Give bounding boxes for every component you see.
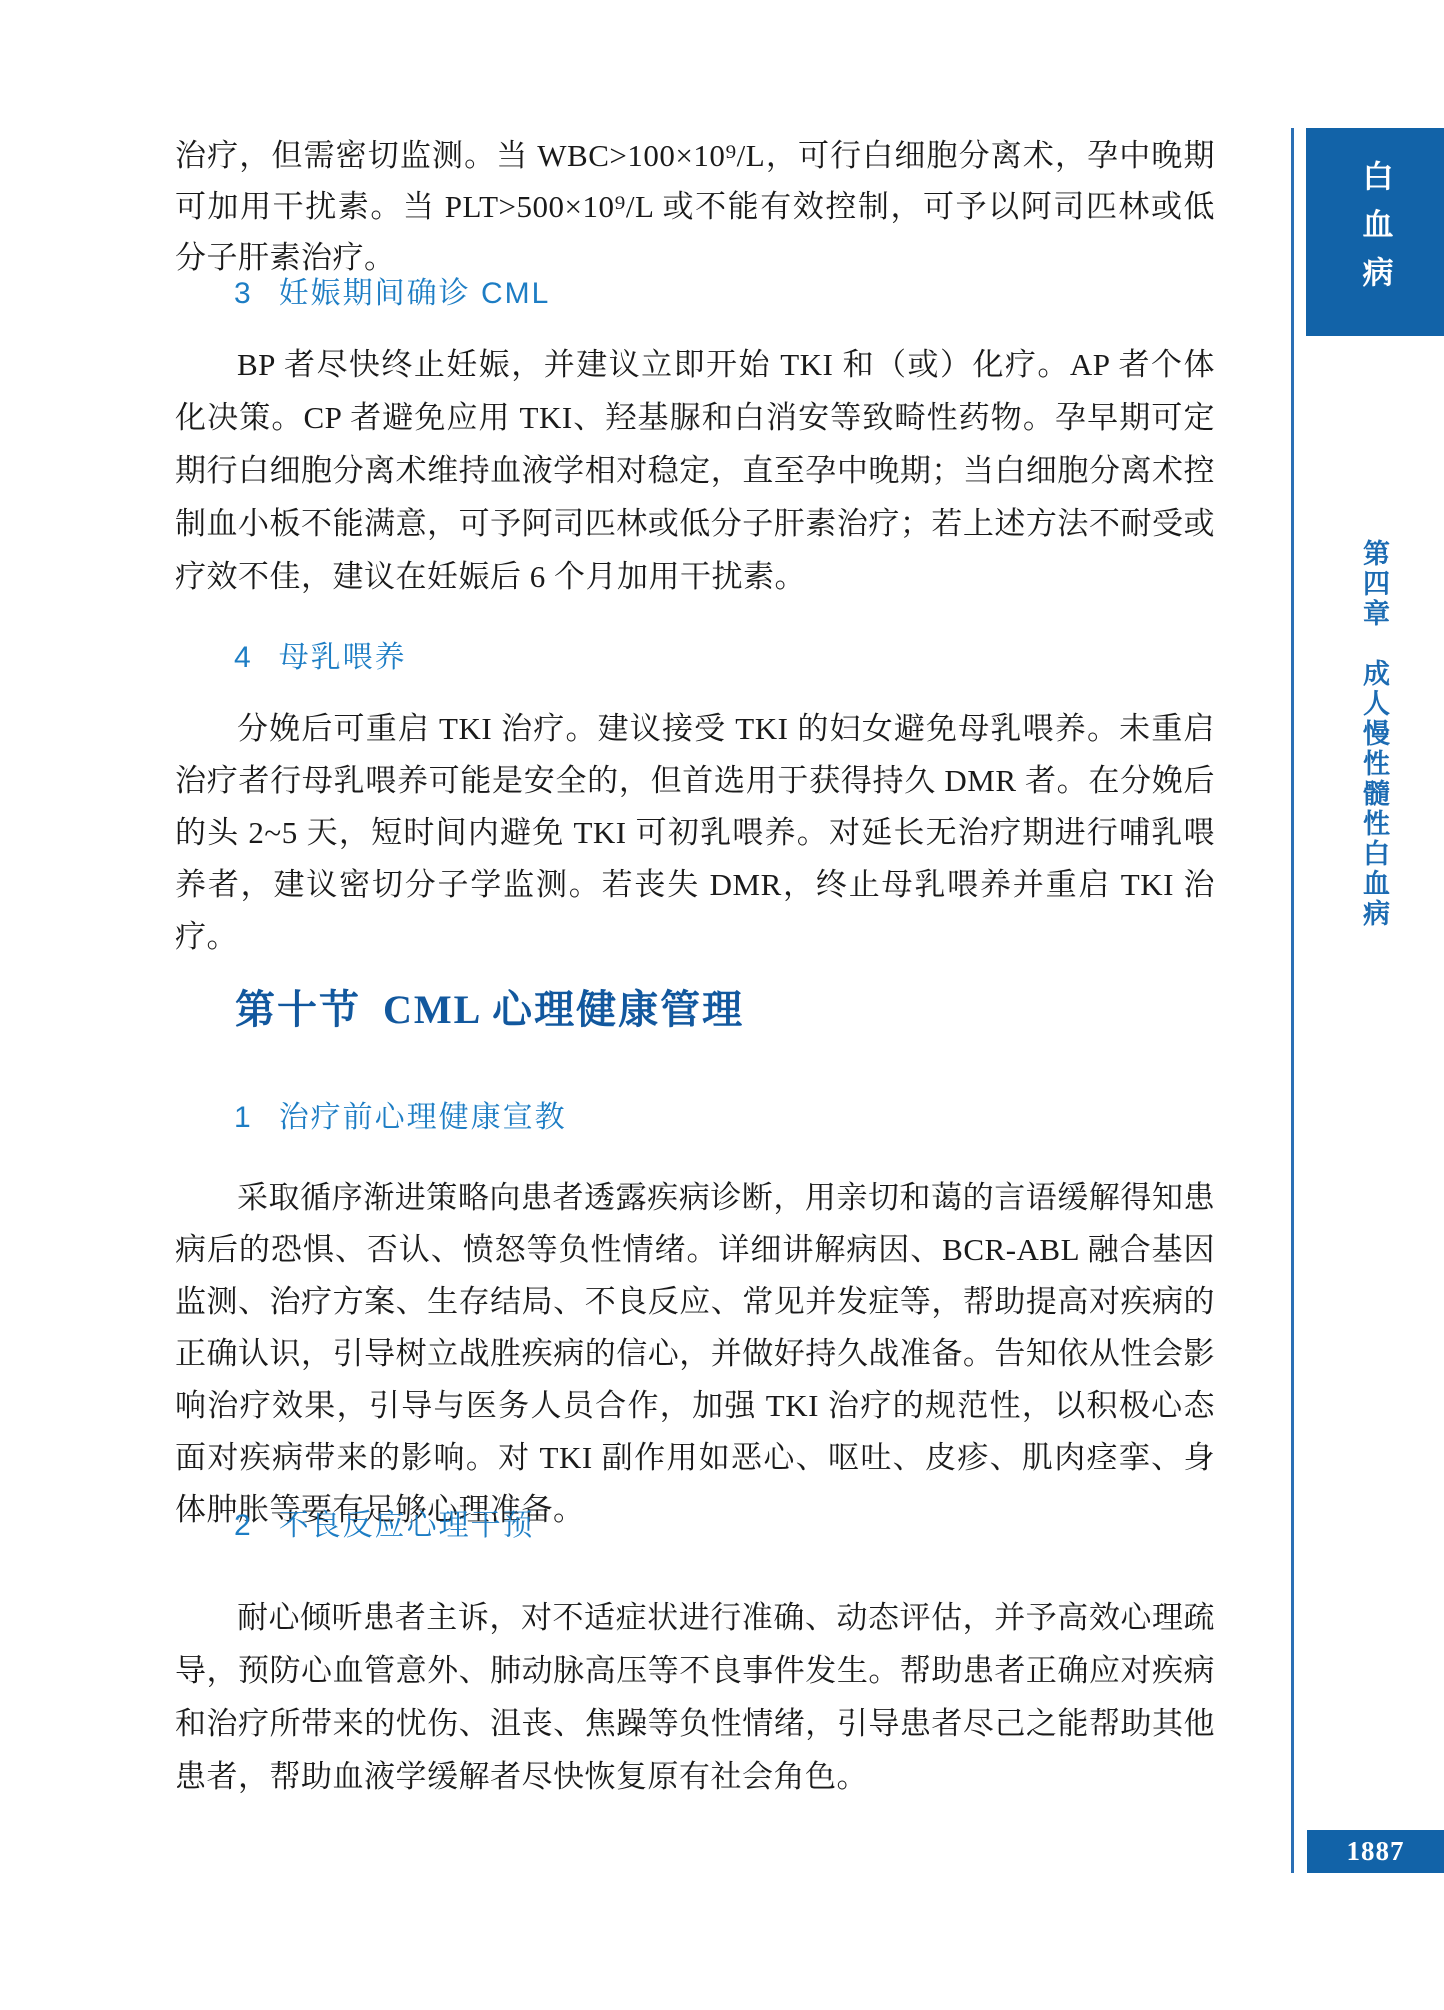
section-title-text: CML 心理健康管理 xyxy=(383,987,744,1032)
page-number: 1887 xyxy=(1347,1836,1405,1867)
subsection-4-title: 母乳喂养 xyxy=(279,641,407,674)
section-title: 第十节CML 心理健康管理 xyxy=(235,978,744,1035)
subsection-3-title: 妊娠期间确诊 CML xyxy=(279,277,551,310)
subsection-2-title: 不良反应心理干预 xyxy=(279,1509,535,1542)
page-number-box: 1887 xyxy=(1307,1830,1444,1873)
sidebar-chapter-label: 第四章 成人慢性髓性白血病 xyxy=(1340,424,1394,1044)
subsection-1-title: 治疗前心理健康宣教 xyxy=(279,1101,567,1134)
subsection-3-heading: 3妊娠期间确诊 CML xyxy=(234,268,550,312)
subsection-4-number: 4 xyxy=(234,641,251,675)
sidebar-tab-label: 白血病 xyxy=(1353,160,1398,304)
section-title-label: 第十节 xyxy=(235,987,361,1032)
subsection-1-number: 1 xyxy=(234,1101,251,1135)
subsection-2-number: 2 xyxy=(234,1509,251,1543)
paragraph-pregnancy-diagnosis: BP 者尽快终止妊娠，并建议立即开始 TKI 和（或）化疗。AP 者个体化决策。… xyxy=(175,338,1215,603)
subsection-2-heading: 2不良反应心理干预 xyxy=(234,1500,535,1544)
paragraph-breastfeeding: 分娩后可重启 TKI 治疗。建议接受 TKI 的妇女避免母乳喂养。未重启治疗者行… xyxy=(175,703,1215,963)
paragraph-adverse-reaction-intervention: 耐心倾听患者主诉，对不适症状进行准确、动态评估，并予高效心理疏导，预防心血管意外… xyxy=(175,1591,1215,1803)
paragraph-pretreatment-education: 采取循序渐进策略向患者透露疾病诊断，用亲切和蔼的言语缓解得知患病后的恐惧、否认、… xyxy=(175,1172,1215,1536)
paragraph-continuation: 治疗，但需密切监测。当 WBC>100×10⁹/L，可行白细胞分离术，孕中晚期可… xyxy=(175,130,1215,283)
subsection-1-heading: 1治疗前心理健康宣教 xyxy=(234,1092,567,1136)
book-page: 治疗，但需密切监测。当 WBC>100×10⁹/L，可行白细胞分离术，孕中晚期可… xyxy=(0,0,1444,2010)
subsection-4-heading: 4母乳喂养 xyxy=(234,632,407,676)
subsection-3-number: 3 xyxy=(234,277,251,311)
sidebar-rule xyxy=(1291,128,1294,1873)
sidebar-tab-leukemia: 白血病 xyxy=(1306,128,1444,336)
